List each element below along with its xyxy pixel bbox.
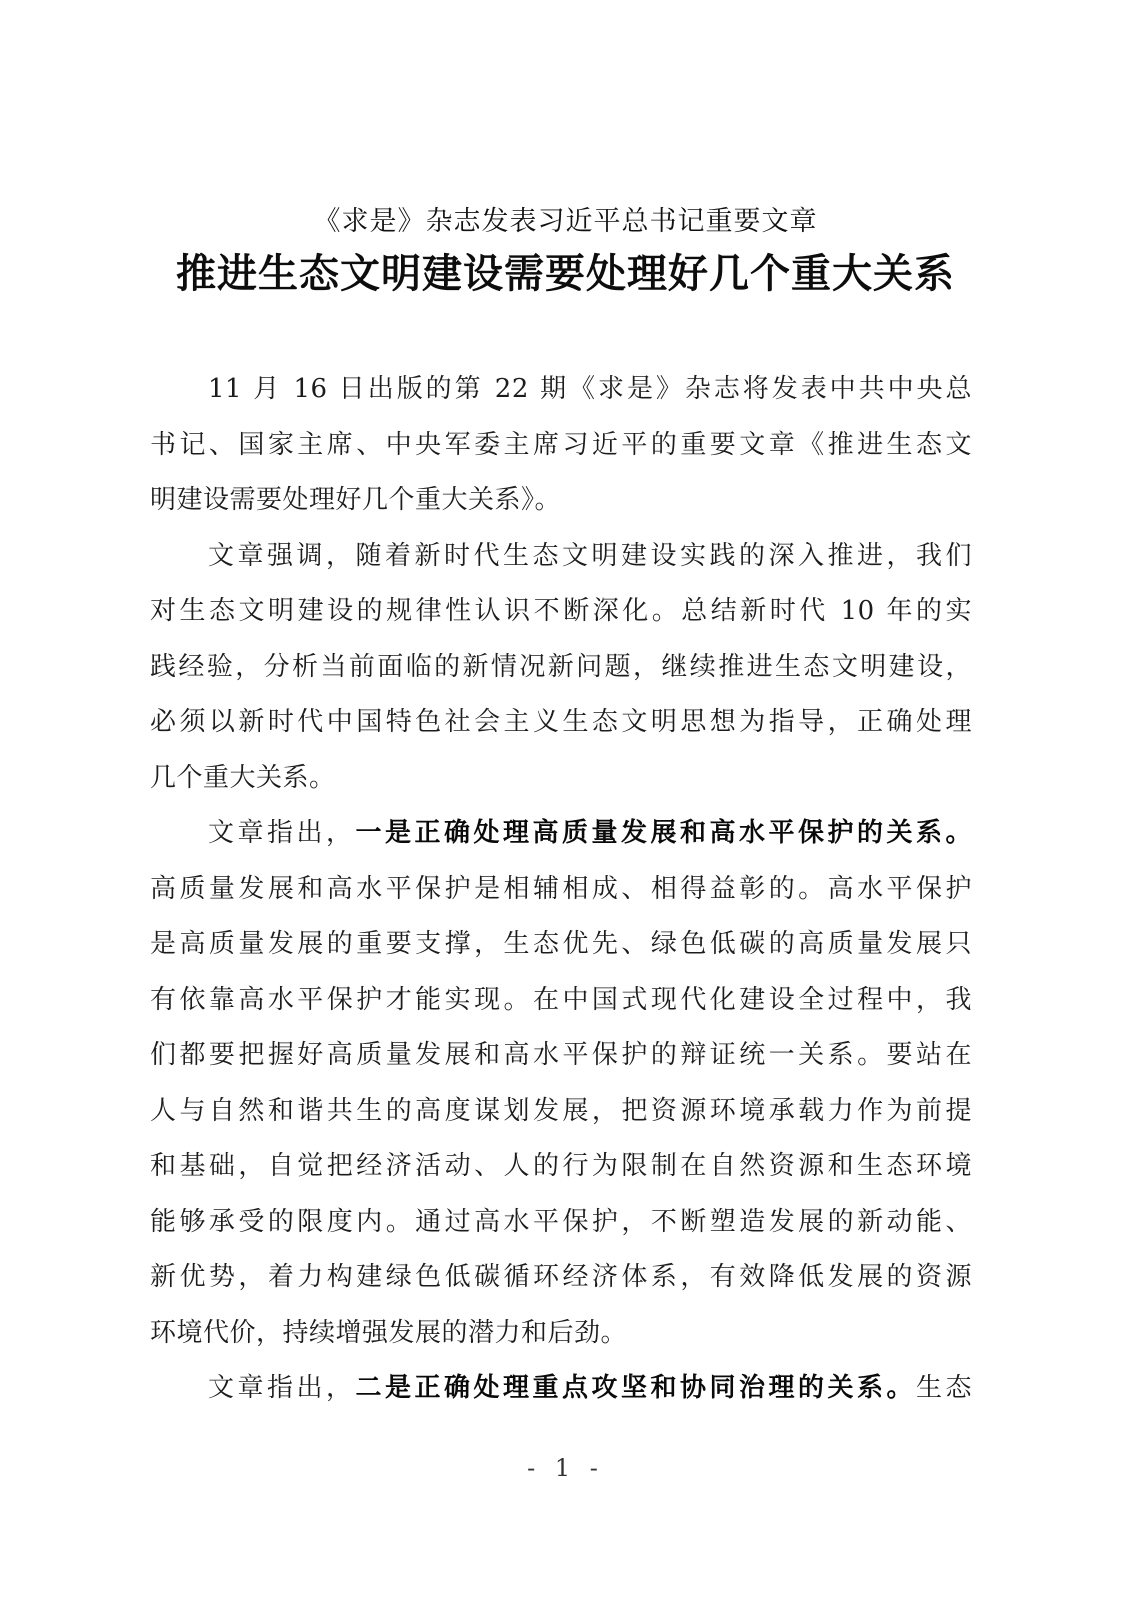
paragraph-4-tail: 生态 — [916, 1373, 972, 1403]
document-page: 《求是》杂志发表习近平总书记重要文章 推进生态文明建设需要处理好几个重大关系 1… — [0, 0, 1131, 1600]
document-subtitle: 《求是》杂志发表习近平总书记重要文章 — [0, 204, 1131, 240]
paragraph-4-bold-heading: 二是正确处理重点攻坚和协同治理的关系。 — [356, 1373, 916, 1403]
paragraph-3-bold-heading: 一是正确处理高质量发展和高水平保护的关系。 — [356, 818, 972, 848]
paragraph-1-line-2: 书记、国家主席、中央军委主席习近平的重要文章《推进生态文 — [150, 418, 972, 474]
paragraph-3-line-1: 高质量发展和高水平保护是相辅相成、相得益彰的。高水平保护 — [150, 862, 972, 918]
paragraph-1-line-1: 11 月 16 日出版的第 22 期《求是》杂志将发表中共中央总 — [150, 362, 972, 418]
paragraph-3-line-8: 新优势，着力构建绿色低碳循环经济体系，有效降低发展的资源 — [150, 1250, 972, 1306]
paragraph-2-line-4: 必须以新时代中国特色社会主义生态文明思想为指导，正确处理 — [150, 695, 972, 751]
paragraph-3-line-9: 环境代价，持续增强发展的潜力和后劲。 — [150, 1306, 972, 1362]
paragraph-3-line-7: 能够承受的限度内。通过高水平保护，不断塑造发展的新动能、 — [150, 1195, 972, 1251]
paragraph-3-line-2: 是高质量发展的重要支撑，生态优先、绿色低碳的高质量发展只 — [150, 917, 972, 973]
paragraph-3-line-4: 们都要把握好高质量发展和高水平保护的辩证统一关系。要站在 — [150, 1028, 972, 1084]
document-title: 推进生态文明建设需要处理好几个重大关系 — [0, 247, 1131, 301]
paragraph-3-line-5: 人与自然和谐共生的高度谋划发展，把资源环境承载力作为前提 — [150, 1084, 972, 1140]
document-body: 11 月 16 日出版的第 22 期《求是》杂志将发表中共中央总 书记、国家主席… — [150, 362, 972, 1417]
paragraph-2-line-5: 几个重大关系。 — [150, 751, 972, 807]
paragraph-2-line-2: 对生态文明建设的规律性认识不断深化。总结新时代 10 年的实 — [150, 584, 972, 640]
paragraph-4-lead: 文章指出， — [208, 1373, 356, 1403]
paragraph-3-line-6: 和基础，自觉把经济活动、人的行为限制在自然资源和生态环境 — [150, 1139, 972, 1195]
paragraph-2-line-3: 践经验，分析当前面临的新情况新问题，继续推进生态文明建设， — [150, 640, 972, 696]
paragraph-3-lead: 文章指出， — [208, 818, 356, 848]
paragraph-2-line-1: 文章强调，随着新时代生态文明建设实践的深入推进，我们 — [150, 529, 972, 585]
paragraph-4-heading-line: 文章指出，二是正确处理重点攻坚和协同治理的关系。生态 — [150, 1361, 972, 1417]
paragraph-3-heading-line: 文章指出，一是正确处理高质量发展和高水平保护的关系。 — [150, 806, 972, 862]
paragraph-3-line-3: 有依靠高水平保护才能实现。在中国式现代化建设全过程中，我 — [150, 973, 972, 1029]
page-number: - 1 - — [0, 1454, 1131, 1482]
paragraph-1-line-3: 明建设需要处理好几个重大关系》。 — [150, 473, 972, 529]
